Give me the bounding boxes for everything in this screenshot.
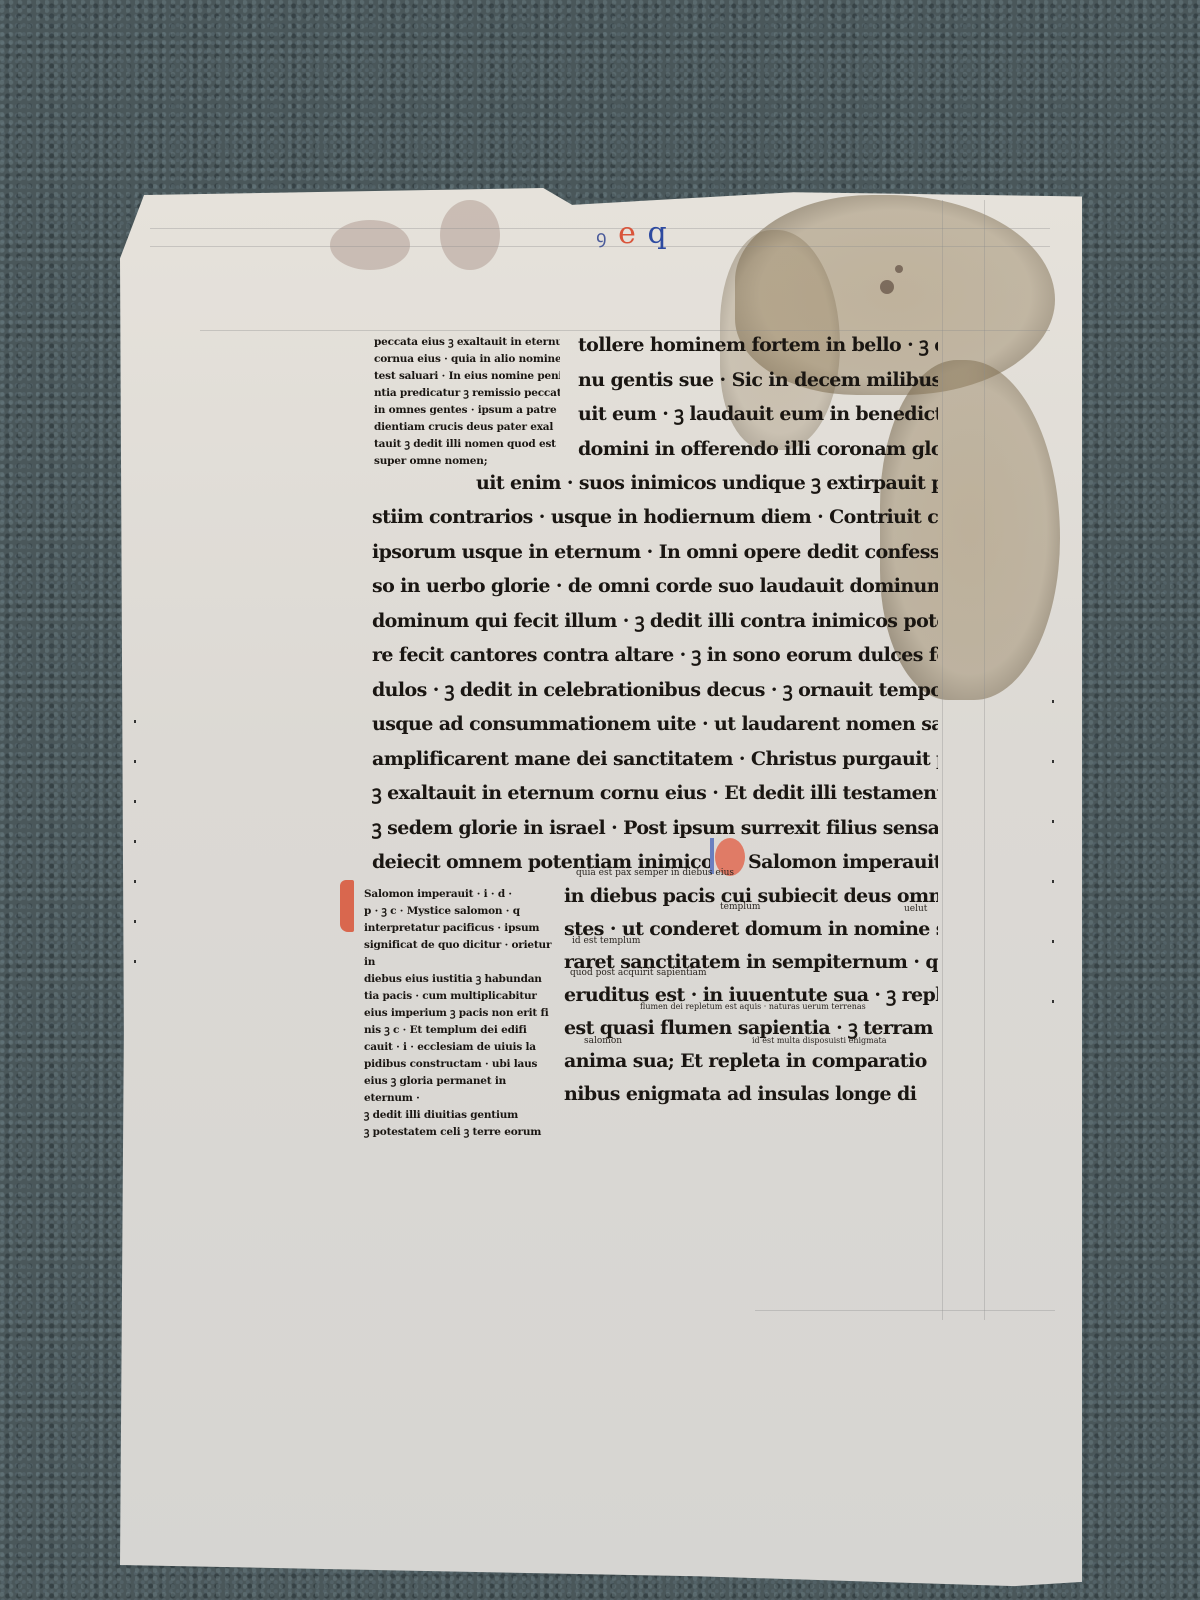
text-line: Salomon imperauit	[748, 845, 938, 880]
text-line: tollere hominem fortem in bello · ꝫ exal…	[578, 328, 938, 363]
text-line: nibus enigmata ad insulas longe di	[564, 1078, 938, 1111]
upper-gloss-column: peccata eius ꝫ exaltauit in eternum corn…	[374, 334, 560, 470]
folio-prefix: ꝯ	[596, 227, 608, 248]
ruling-line	[984, 200, 985, 1320]
gloss-line: dientiam crucis deus pater exal	[374, 419, 560, 436]
gloss-line: tia pacis · cum multiplicabitur	[364, 988, 554, 1005]
gloss-line: interpretatur pacificus · ipsum	[364, 920, 554, 937]
interlinear-gloss: templum	[720, 902, 760, 912]
prick-mark	[1052, 880, 1054, 883]
prick-mark	[1052, 940, 1054, 943]
prick-mark	[1052, 700, 1054, 703]
gloss-line: nis ꝫ c · Et templum dei edifi	[364, 1022, 554, 1039]
interlinear-gloss: salomon	[584, 1036, 622, 1046]
foxing-spot	[880, 280, 894, 294]
red-initial-bracket	[340, 880, 354, 932]
prick-mark	[134, 960, 136, 963]
gloss-line: test saluari · In eius nomine penite	[374, 368, 560, 385]
gloss-line: significat de quo dicitur · orietur in	[364, 937, 554, 971]
ruling-line	[942, 200, 943, 1320]
gloss-line: tauit ꝫ dedit illi nomen quod est	[374, 436, 560, 453]
gloss-line: eius imperium ꝫ pacis non erit fi	[364, 1005, 554, 1022]
prick-mark	[134, 760, 136, 763]
gloss-line: cornua eius · quia in alio nomine po	[374, 351, 560, 368]
text-line: usque ad consummationem uite · ut laudar…	[372, 707, 938, 742]
gloss-line: pidibus constructam · ubi laus	[364, 1056, 554, 1073]
text-line: re fecit cantores contra altare · ꝫ in s…	[372, 638, 938, 673]
text-line: so in uerbo glorie · de omni corde suo l…	[372, 569, 938, 604]
text-line: dominum qui fecit illum · ꝫ dedit illi c…	[372, 604, 938, 639]
interlinear-gloss: id est multa disposuisti enigmata	[752, 1036, 887, 1046]
text-line: domini in offerendo illi coronam glorie …	[578, 432, 938, 467]
interlinear-gloss: quod post acquirit sapientiam	[570, 968, 707, 978]
gloss-line: ꝫ potestatem celi ꝫ terre eorum	[364, 1124, 554, 1141]
main-text-wide: stiim contrarios · usque in hodiernum di…	[372, 500, 938, 845]
main-text-wide: uit enim · suos inimicos undique ꝫ extir…	[476, 466, 938, 501]
prick-mark	[134, 880, 136, 883]
prick-mark	[134, 840, 136, 843]
text-line: nu gentis sue · Sic in decem milibus glo…	[578, 363, 938, 398]
folio-number: ꝯ e q	[596, 216, 668, 251]
folio-blue-letter: q	[647, 216, 667, 251]
main-text-lower: Salomon imperauit	[748, 845, 938, 880]
gloss-line: in omnes gentes · ipsum a patre obe	[374, 402, 560, 419]
gloss-line: ꝫ dedit illi diuitias gentium	[364, 1107, 554, 1124]
text-line: dulos · ꝫ dedit in celebrationibus decus…	[372, 673, 938, 708]
foxing-spot	[440, 200, 500, 270]
prick-mark	[134, 800, 136, 803]
prick-mark	[1052, 1000, 1054, 1003]
text-line: uit enim · suos inimicos undique ꝫ extir…	[476, 466, 938, 501]
text-line: ꝫ exaltauit in eternum cornu eius · Et d…	[372, 776, 938, 811]
text-line: anima sua; Et repleta in comparatio	[564, 1045, 938, 1078]
gloss-line: cauit · i · ecclesiam de uiuis la	[364, 1039, 554, 1056]
gloss-line: diebus eius iustitia ꝫ habundan	[364, 971, 554, 988]
text-line: ꝫ sedem glorie in israel · Post ipsum su…	[372, 811, 938, 846]
gloss-line: eius ꝫ gloria permanet in eternum ·	[364, 1073, 554, 1107]
text-line: stiim contrarios · usque in hodiernum di…	[372, 500, 938, 535]
text-line: amplificarent mane dei sanctitatem · Chr…	[372, 742, 938, 777]
gloss-line: p · ꝫ c · Mystice salomon · q	[364, 903, 554, 920]
folio-red-letter: e	[618, 216, 637, 251]
text-line: uit eum · ꝫ laudauit eum in benedictioni…	[578, 397, 938, 432]
prick-mark	[1052, 820, 1054, 823]
interlinear-gloss: flumen dei repletum est aquis · naturas …	[640, 1002, 866, 1012]
text-line: ipsorum usque in eternum · In omni opere…	[372, 535, 938, 570]
main-text-lower: in diebus pacis cui subiecit deus omnes …	[564, 880, 938, 1111]
main-text-column: tollere hominem fortem in bello · ꝫ exal…	[578, 328, 938, 466]
gloss-line: ntia predicatur ꝫ remissio peccatorum	[374, 385, 560, 402]
interlinear-gloss: uelut	[904, 904, 927, 914]
interlinear-gloss: id est templum	[572, 936, 640, 946]
interlinear-gloss: quia est pax semper in diebus eius	[576, 868, 734, 878]
foxing-spot	[895, 265, 903, 273]
ruling-line	[755, 1310, 1055, 1311]
prick-mark	[134, 920, 136, 923]
prick-mark	[1052, 760, 1054, 763]
prick-mark	[134, 720, 136, 723]
lower-gloss-column: Salomon imperauit · i · d · p · ꝫ c · My…	[364, 886, 554, 1141]
gloss-line: peccata eius ꝫ exaltauit in eternum	[374, 334, 560, 351]
gloss-line: Salomon imperauit · i · d ·	[364, 886, 554, 903]
